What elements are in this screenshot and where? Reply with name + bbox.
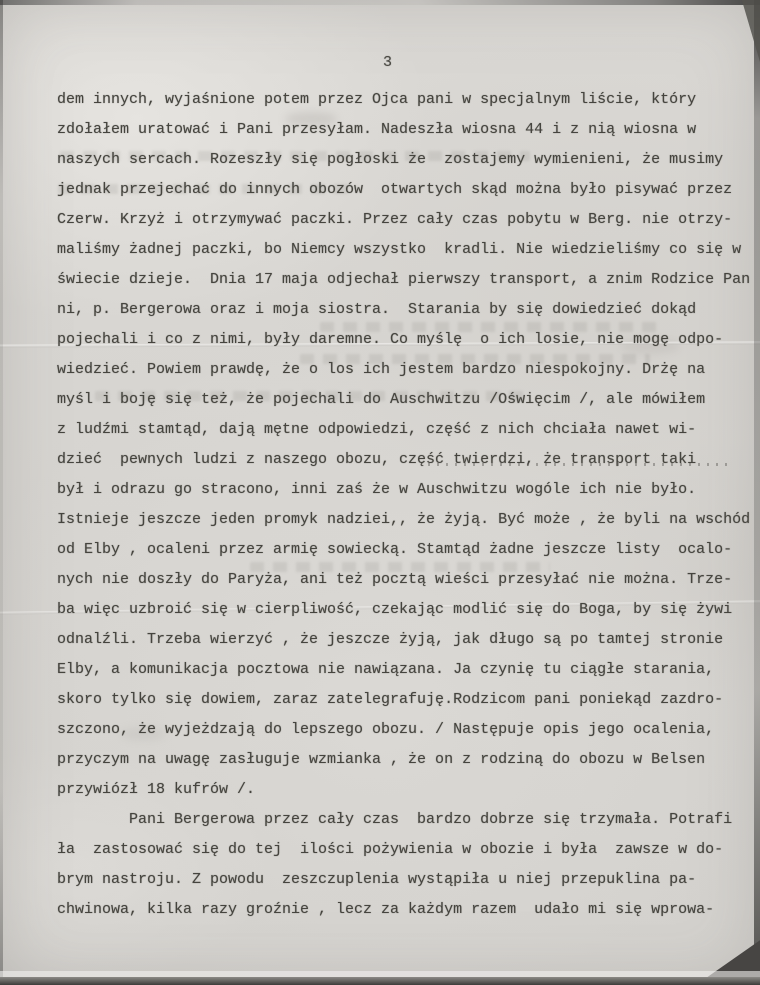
text-line: od Elby , ocaleni przez armię sowiecką. … [57, 535, 747, 565]
photo-edge-bottom [0, 977, 760, 985]
text-line: ni, p. Bergerowa oraz i moja siostra. St… [57, 295, 747, 325]
page-number: 3 [383, 54, 392, 71]
text-line: szczono, że wyjeżdzają do lepszego obozu… [57, 715, 747, 745]
text-line: zdołałem uratować i Pani przesyłam. Nade… [57, 115, 747, 145]
text-line: przyczym na uwagę zasługuje wzmianka , ż… [57, 745, 747, 775]
dotted-pencil-mark [428, 463, 734, 466]
text-line: maliśmy żadnej paczki, bo Niemcy wszystk… [57, 235, 747, 265]
text-line: nych nie doszły do Paryża, ani też poczt… [57, 565, 747, 595]
text-line: dem innych, wyjaśnione potem przez Ojca … [57, 85, 747, 115]
photo-edge-left [0, 0, 3, 985]
text-line: dzieć pewnych ludzi z naszego obozu, czę… [57, 445, 747, 475]
text-line: wiedzieć. Powiem prawdę, że o los ich je… [57, 355, 747, 385]
text-line: pojechali i co z nimi, były daremne. Co … [57, 325, 747, 355]
text-line: brym nastroju. Z powodu zeszczuplenia wy… [57, 865, 747, 895]
text-line: Istnieje jeszcze jeden promyk nadziei,, … [57, 505, 747, 535]
text-line: przywiózł 18 kufrów /. [57, 775, 747, 805]
text-line: świecie dzieje. Dnia 17 maja odjechał pi… [57, 265, 747, 295]
text-line: z ludźmi stamtąd, dają mętne odpowiedzi,… [57, 415, 747, 445]
photo-edge-right [754, 0, 760, 985]
photo-edge-top [0, 0, 760, 5]
text-line: skoro tylko się dowiem, zaraz zatelegraf… [57, 685, 747, 715]
text-line: Pani Bergerowa przez cały czas bardzo do… [57, 805, 747, 835]
text-line: myśl i boję się też, że pojechali do Aus… [57, 385, 747, 415]
text-line: był i odrazu go stracono, inni zaś że w … [57, 475, 747, 505]
text-line: ła zastosować się do tej ilości pożywien… [57, 835, 747, 865]
text-line: jednak przejechać do innych obozów otwar… [57, 175, 747, 205]
text-line: naszych sercach. Rozeszły się pogłoski ż… [57, 145, 747, 175]
text-line: odnalźli. Trzeba wierzyć , że jeszcze ży… [57, 625, 747, 655]
text-line: Czerw. Krzyż i otrzymywać paczki. Przez … [57, 205, 747, 235]
text-line: ba więc uzbroić się w cierpliwość, czeka… [57, 595, 747, 625]
text-line: Elby, a komunikacja pocztowa nie nawiąza… [57, 655, 747, 685]
letter-body: dem innych, wyjaśnione potem przez Ojca … [57, 85, 747, 925]
text-line: chwinowa, kilka razy groźnie , lecz za k… [57, 895, 747, 925]
